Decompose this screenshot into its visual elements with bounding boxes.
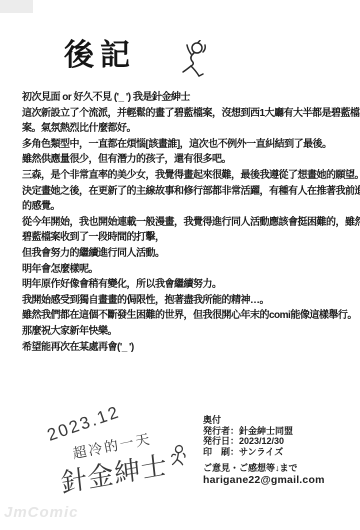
body-line: 希望能再次在某處再會('_ '): [22, 340, 356, 356]
colophon-publisher: 発行者：針金紳士同盟: [203, 426, 325, 437]
body-line: 多角色類型中，一直都在煩惱[該畫誰]，這次也不例外一直糾結到了最後。: [22, 137, 356, 153]
colophon-heading: 奥付: [203, 415, 325, 426]
body-line: 明年會怎麼樣呢。: [22, 262, 356, 278]
body-line: 雖然我們都在這個不斷發生困難的世界，但我很開心年末的comi能像這樣舉行。: [22, 308, 356, 324]
body-line: 但我會努力的繼續進行同人活動。: [22, 246, 356, 262]
body-line: 那麼祝大家新年快樂。: [22, 324, 356, 340]
body-line: 的感覺。: [22, 199, 356, 215]
scan-artifact: [0, 0, 33, 13]
body-line: 碧藍檔案收到了一段時間的打擊，: [22, 230, 356, 246]
body-line: 明年原作好像會稍有變化，所以我會繼續努力。: [22, 277, 356, 293]
colophon-date: 発行日：2023/12/30: [203, 436, 325, 447]
colophon-feedback: ご意見・ご感想等↓まで: [203, 463, 325, 474]
body-line: 從今年開始，我也開始連載一般漫畫，我覺得進行同人活動應該會挺困難的，雖然: [22, 215, 356, 231]
body-line: 決定畫她之後，在更新了的主線故事和修行部都非常活躍，有種有人在推著我前進: [22, 184, 356, 200]
body-line: 案。氣氛熱烈比什麼都好。: [22, 121, 356, 137]
body-line: 雖然供應量很少，但有潛力的孩子，還有很多吧。: [22, 152, 356, 168]
site-watermark: JmComic: [4, 504, 79, 521]
signature-stick-figure-icon: [168, 443, 188, 468]
page-title: 後記: [64, 30, 136, 74]
body-line: 這次新設立了个流派，并輕鬆的畫了碧藍檔案，沒想到西1大廳有大半都是碧藍檔: [22, 106, 356, 122]
body-line: 初次見面 or 好久不見 ('_ ') 我是針金紳士: [22, 90, 356, 106]
colophon: 奥付 発行者：針金紳士同盟 発行日：2023/12/30 印 刷：サンライズ ご…: [203, 415, 325, 486]
afterword-page: 後記 初次見面 or 好久不見 ('_ ') 我是針金紳士這次新設立了个流派，并…: [0, 0, 360, 530]
stick-figure-doodle-icon: [177, 40, 209, 80]
contact-email: harigane22@gmail.com: [203, 474, 325, 486]
body-line: 三森，是个非常直率的美少女，我覺得畫起來很難，最後我遵從了想畫她的願望。: [22, 168, 356, 184]
colophon-printer: 印 刷：サンライズ: [203, 447, 325, 458]
afterword-body: 初次見面 or 好久不見 ('_ ') 我是針金紳士這次新設立了个流派，并輕鬆的…: [22, 90, 356, 355]
body-line: 我開始感受到獨自畫畫的侷限性，抱著盡我所能的精神…。: [22, 293, 356, 309]
